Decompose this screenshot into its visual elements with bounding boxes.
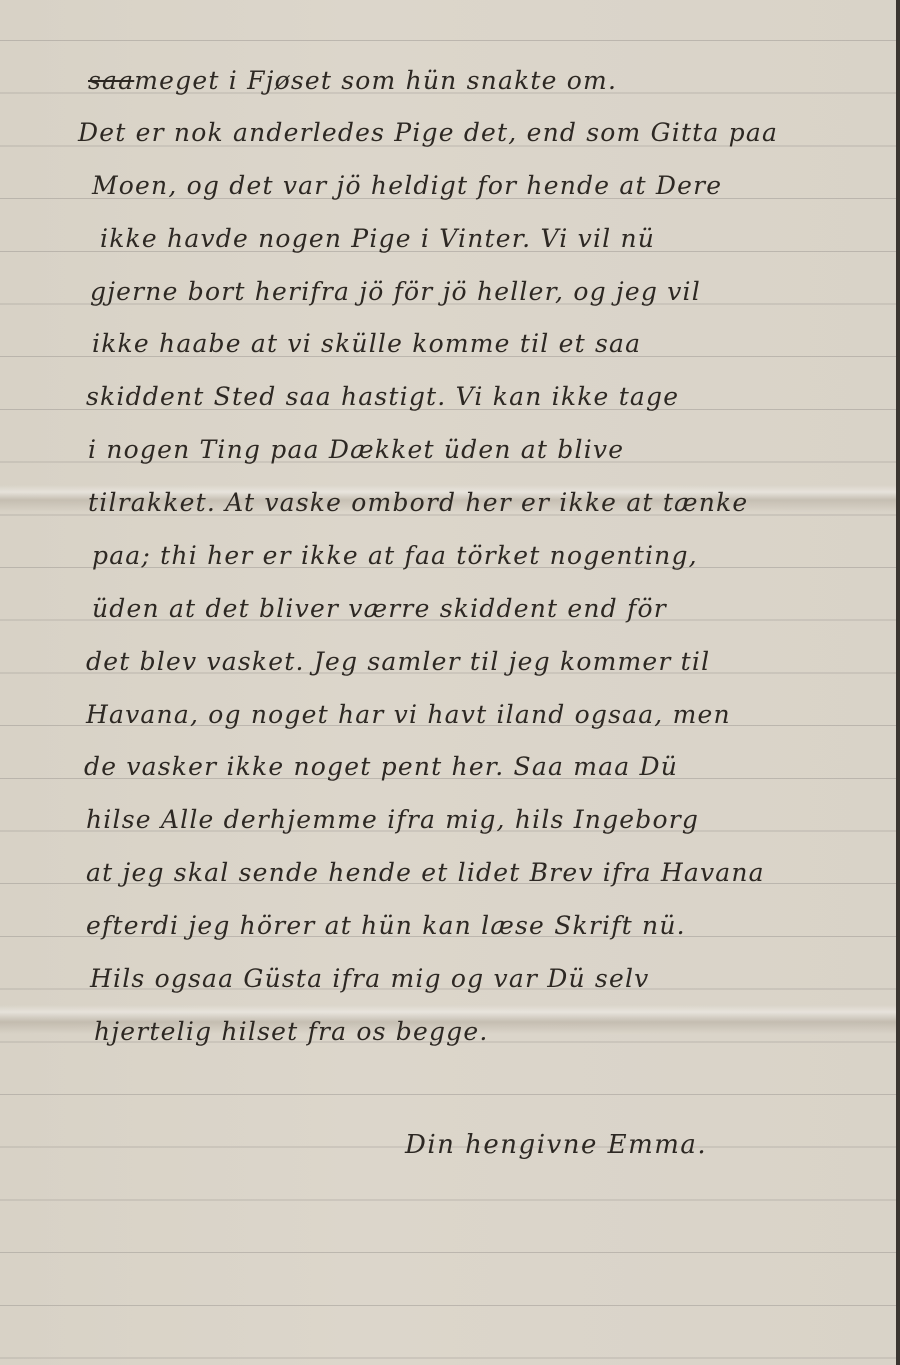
line-text: meget i Fjøset som hün snakte om.: [134, 55, 617, 107]
text-line-1: saa meget i Fjøset som hün snakte om.: [88, 55, 896, 107]
text-line-11: üden at det bliver værre skiddent end fö…: [92, 583, 896, 635]
text-line-7: skiddent Sted saa hastigt. Vi kan ikke t…: [86, 371, 896, 423]
text-line-16: at jeg skal sende hende et lidet Brev if…: [86, 847, 896, 899]
text-line-13: Havana, og noget har vi havt iland ogsaa…: [86, 689, 896, 741]
text-line-3: Moen, og det var jö heldigt for hende at…: [92, 160, 896, 212]
signature: Din hengivne Emma.: [405, 1130, 707, 1160]
text-line-14: de vasker ikke noget pent her. Saa maa D…: [84, 741, 896, 793]
text-line-19: hjertelig hilset fra os begge.: [94, 1006, 896, 1058]
text-line-15: hilse Alle derhjemme ifra mig, hils Inge…: [86, 794, 896, 846]
text-line-18: Hils ogsaa Güsta ifra mig og var Dü selv: [90, 953, 896, 1005]
text-line-10: paa; thi her er ikke at faa törket nogen…: [92, 530, 896, 582]
text-line-17: efterdi jeg hörer at hün kan læse Skrift…: [86, 900, 896, 952]
text-line-2: Det er nok anderledes Pige det, end som …: [78, 107, 896, 159]
text-line-5: gjerne bort herifra jö för jö heller, og…: [90, 266, 896, 318]
text-line-12: det blev vasket. Jeg samler til jeg komm…: [86, 636, 896, 688]
letter-page: saa meget i Fjøset som hün snakte om. De…: [0, 0, 900, 1365]
text-line-6: ikke haabe at vi skülle komme til et saa: [92, 318, 896, 370]
struck-word: saa: [88, 55, 134, 107]
text-line-4: ikke havde nogen Pige i Vinter. Vi vil n…: [100, 213, 896, 265]
text-line-9: tilrakket. At vaske ombord her er ikke a…: [88, 477, 896, 529]
text-line-8: i nogen Ting paa Dækket üden at blive: [88, 424, 896, 476]
